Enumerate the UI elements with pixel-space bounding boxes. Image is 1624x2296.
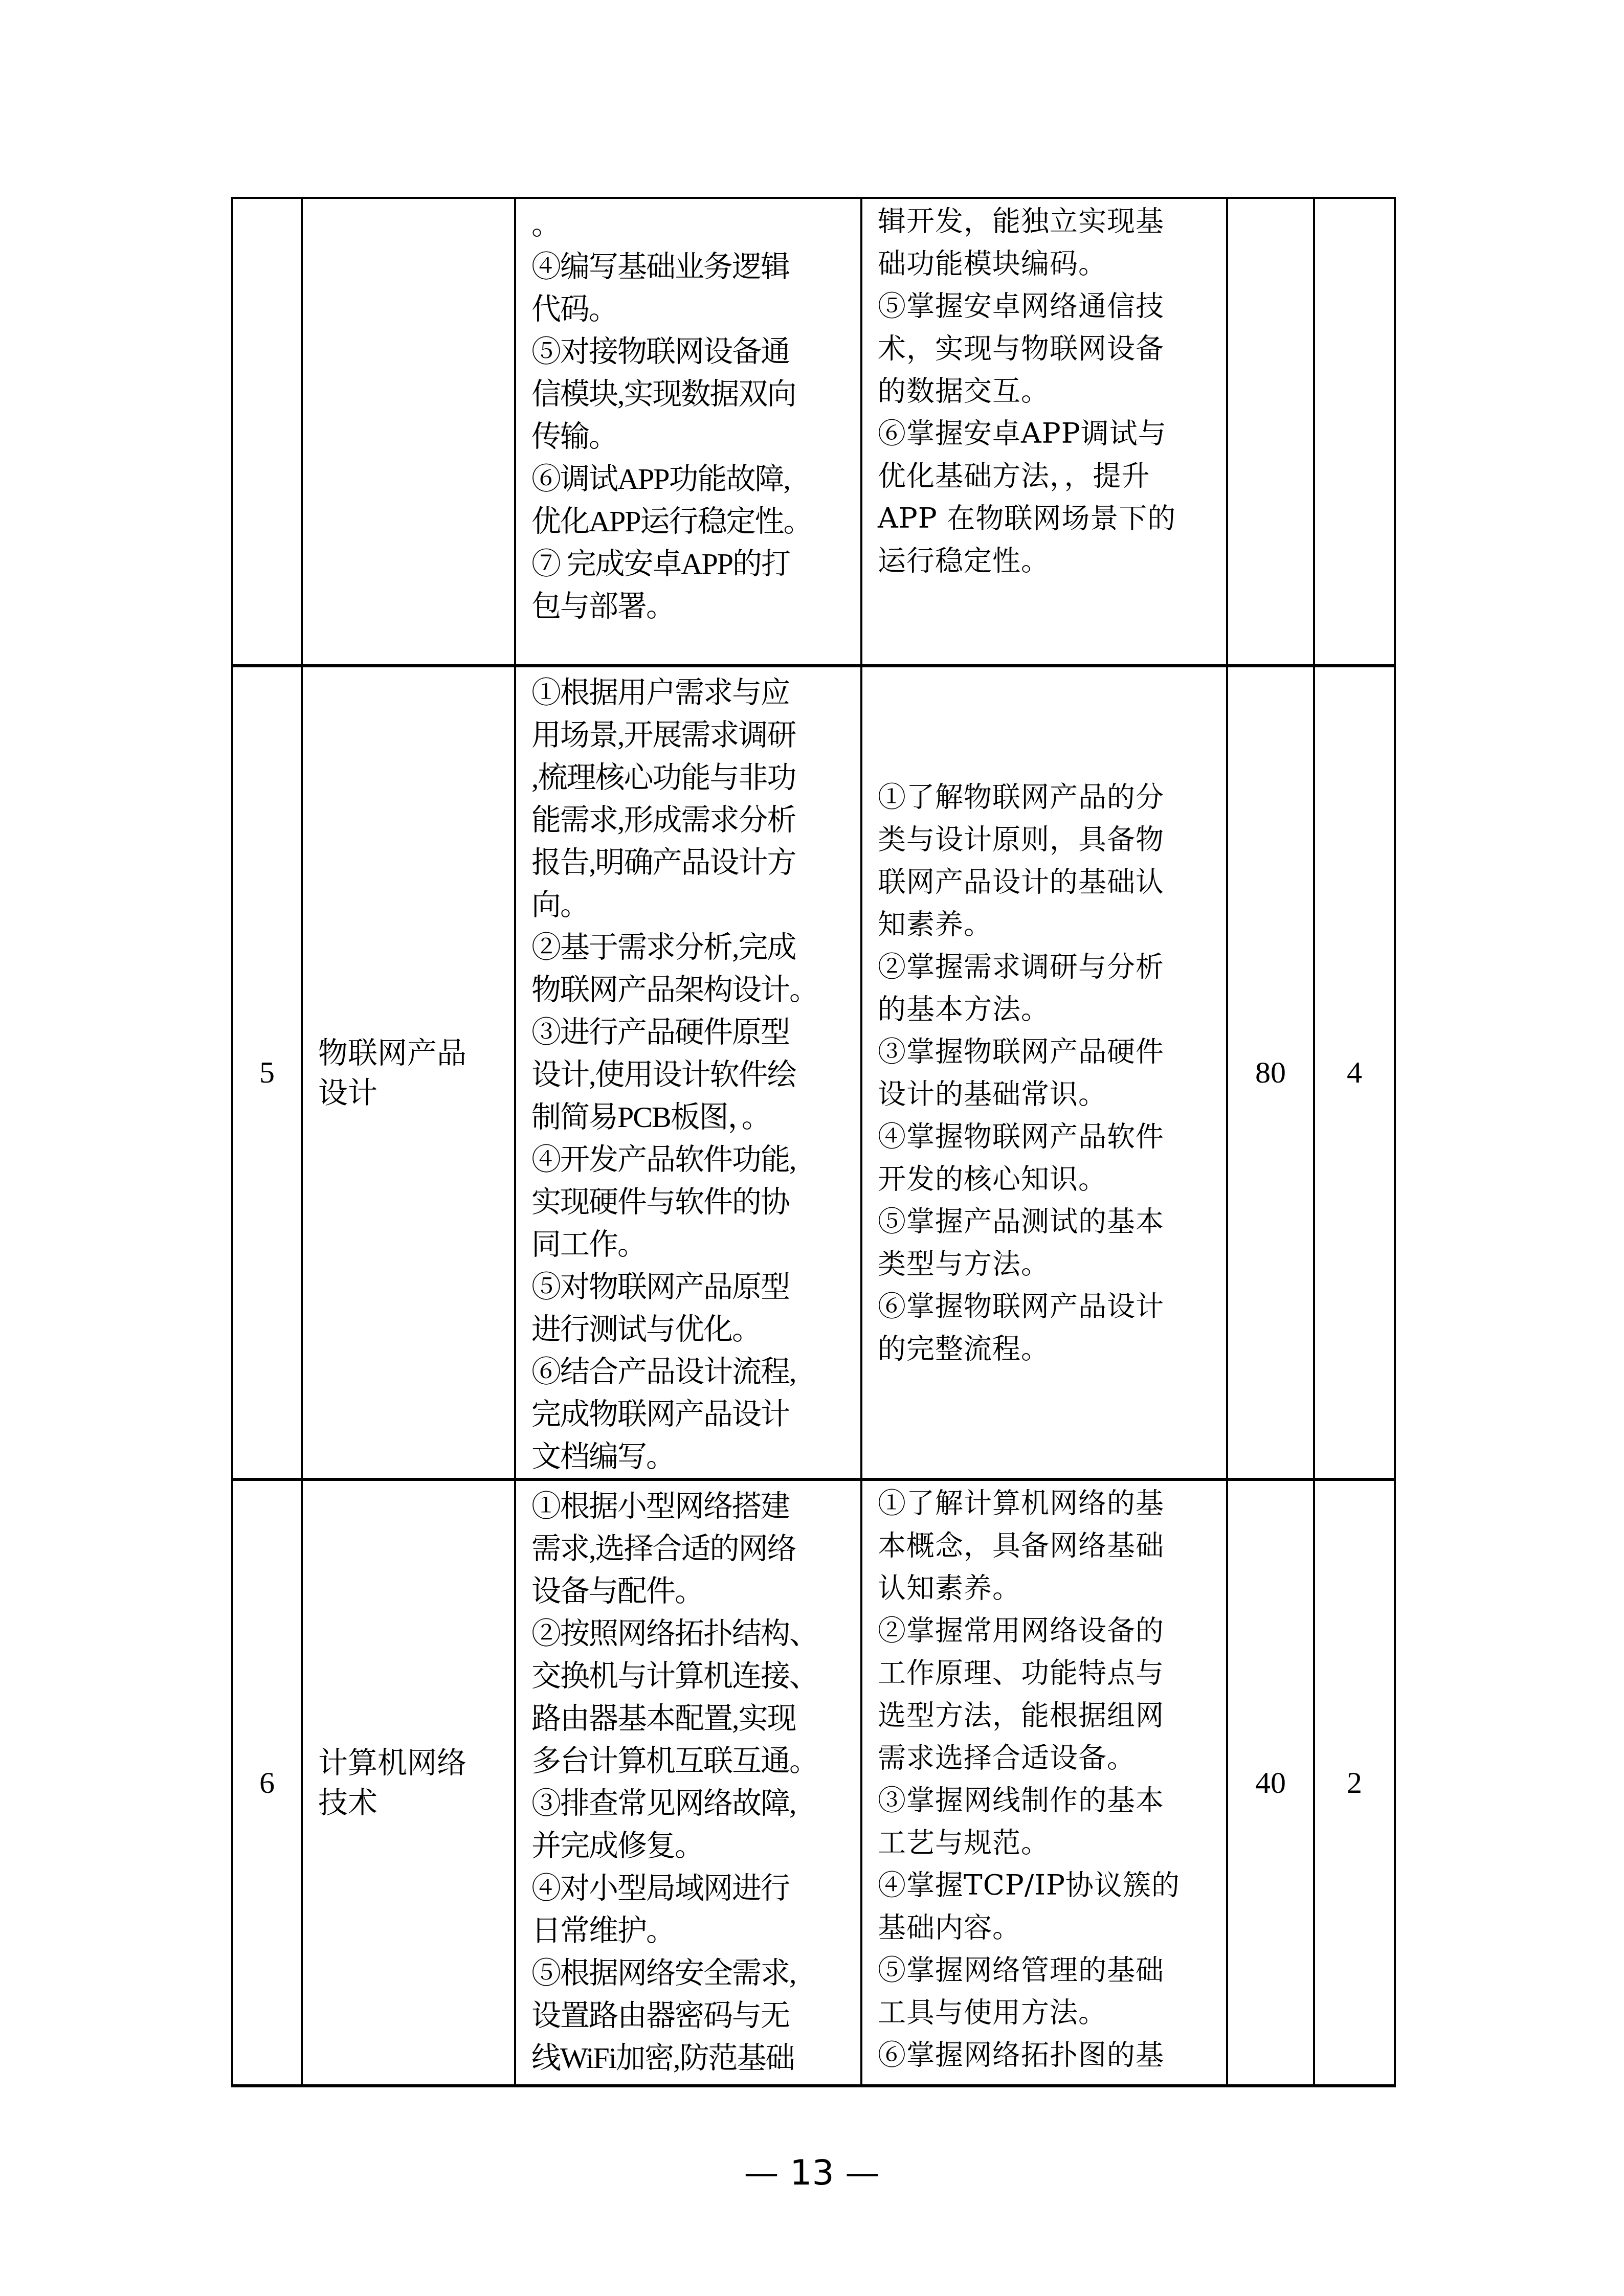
knowledge-line: ④掌握TCP/IP协议簇的 (878, 1864, 1216, 1906)
knowledge-line: 需求选择合适设备。 (878, 1737, 1216, 1779)
knowledge-line: 开发的核心知识。 (878, 1158, 1216, 1200)
task-line: 设置路由器密码与无 (531, 1994, 849, 2037)
course-name: 计算机网络 技术 (303, 1743, 514, 1822)
knowledge-requirements-text: ①了解物联网产品的分 类与设计原则，具备物 联网产品设计的基础认 知素养。 ②掌… (862, 776, 1226, 1370)
task-line: 日常维护。 (531, 1909, 849, 1952)
task-line: 完成物联网产品设计 (531, 1393, 849, 1435)
task-line: 用场景,开展需求调研 (531, 714, 849, 756)
task-line: ⑥结合产品设计流程, (531, 1350, 849, 1393)
knowledge-line: 的基本方法。 (878, 988, 1216, 1030)
course-number: 6 (259, 1766, 275, 1799)
task-line: 同工作。 (531, 1223, 849, 1266)
task-line: ④编写基础业务逻辑 (531, 245, 849, 288)
task-line: ①根据小型网络搭建 (531, 1485, 849, 1527)
knowledge-line: 的完整流程。 (878, 1327, 1216, 1370)
knowledge-line: 优化基础方法，，提升 (878, 455, 1216, 497)
knowledge-line: 基础内容。 (878, 1906, 1216, 1949)
task-line: ③进行产品硬件原型 (531, 1011, 849, 1053)
page-number: — 13 — (0, 2153, 1624, 2194)
credits-cell: 2 (1314, 1479, 1395, 2086)
task-line: ,梳理核心功能与非功 (531, 756, 849, 799)
task-line: 向。 (531, 884, 849, 926)
course-name-line: 物联网产品 (318, 1033, 504, 1073)
course-name-line: 技术 (318, 1783, 504, 1822)
task-line: ④开发产品软件功能, (531, 1138, 849, 1181)
knowledge-line: ①了解计算机网络的基 (878, 1482, 1216, 1524)
knowledge-line: ③掌握网线制作的基本 (878, 1779, 1216, 1821)
task-line: 交换机与计算机连接、 (531, 1655, 849, 1697)
credits-value: 4 (1347, 1055, 1362, 1089)
knowledge-line: 本概念，具备网络基础 (878, 1524, 1216, 1567)
typical-tasks-cell: ①根据小型网络搭建 需求,选择合适的网络 设备与配件。 ②按照网络拓扑结构、 交… (515, 1479, 861, 2086)
knowledge-line: 术，实现与物联网设备 (878, 327, 1216, 370)
task-line: ⑥调试APP功能故障, (531, 458, 849, 500)
knowledge-line: ⑤掌握安卓网络通信技 (878, 285, 1216, 327)
knowledge-line: 运行稳定性。 (878, 539, 1216, 582)
knowledge-line: ⑤掌握网络管理的基础 (878, 1949, 1216, 1991)
knowledge-line: ④掌握物联网产品软件 (878, 1115, 1216, 1158)
knowledge-line: 选型方法，能根据组网 (878, 1694, 1216, 1737)
course-number-cell: 6 (232, 1479, 302, 2086)
task-line: 传输。 (531, 415, 849, 458)
task-line: 进行测试与优化。 (531, 1308, 849, 1350)
knowledge-line: 类与设计原则，具备物 (878, 818, 1216, 861)
task-line: 文档编写。 (531, 1435, 849, 1478)
task-line: 需求,选择合适的网络 (531, 1527, 849, 1570)
typical-tasks-text: 。 ④编写基础业务逻辑 代码。 ⑤对接物联网设备通 信模块,实现数据双向 传输。… (516, 199, 860, 627)
knowledge-line: 辑开发，能独立实现基 (878, 200, 1216, 242)
task-line: ⑦ 完成安卓APP的打 (531, 543, 849, 585)
task-line: 路由器基本配置,实现 (531, 1697, 849, 1740)
task-line: 物联网产品架构设计。 (531, 969, 849, 1011)
task-line: 优化APP运行稳定性。 (531, 500, 849, 543)
knowledge-line: 类型与方法。 (878, 1243, 1216, 1285)
hours-cell: 40 (1227, 1479, 1314, 2086)
typical-tasks-text: ①根据小型网络搭建 需求,选择合适的网络 设备与配件。 ②按照网络拓扑结构、 交… (516, 1481, 860, 2079)
course-name-cell: 物联网产品 设计 (302, 666, 515, 1479)
knowledge-line: ⑥掌握安卓APP调试与 (878, 412, 1216, 455)
knowledge-line: 的数据交互。 (878, 370, 1216, 412)
table-row: 5 物联网产品 设计 ①根据用户需求与应 用场景,开展需求调研 ,梳理核心功能与… (232, 666, 1395, 1479)
hours-value: 80 (1255, 1055, 1286, 1089)
task-line: ③排查常见网络故障, (531, 1782, 849, 1825)
knowledge-line: 设计的基础常识。 (878, 1073, 1216, 1115)
typical-tasks-cell: 。 ④编写基础业务逻辑 代码。 ⑤对接物联网设备通 信模块,实现数据双向 传输。… (515, 198, 861, 666)
course-table: 。 ④编写基础业务逻辑 代码。 ⑤对接物联网设备通 信模块,实现数据双向 传输。… (231, 197, 1396, 2087)
task-line: 报告,明确产品设计方 (531, 841, 849, 884)
knowledge-line: 础功能模块编码。 (878, 242, 1216, 285)
task-line: ⑤根据网络安全需求, (531, 1952, 849, 1994)
knowledge-line: ②掌握需求调研与分析 (878, 946, 1216, 988)
course-name-line: 计算机网络 (318, 1743, 504, 1783)
course-number: 5 (259, 1055, 275, 1089)
task-line: 能需求,形成需求分析 (531, 799, 849, 841)
task-line: 。 (531, 203, 849, 245)
course-name-cell (302, 198, 515, 666)
hours-cell (1227, 198, 1314, 666)
task-line: ④对小型局域网进行 (531, 1867, 849, 1909)
course-name: 物联网产品 设计 (303, 1033, 514, 1113)
credits-cell: 4 (1314, 666, 1395, 1479)
task-line: 线WiFi加密,防范基础 (531, 2037, 849, 2079)
knowledge-line: ⑤掌握产品测试的基本 (878, 1200, 1216, 1243)
knowledge-requirements-cell: ①了解物联网产品的分 类与设计原则，具备物 联网产品设计的基础认 知素养。 ②掌… (861, 666, 1227, 1479)
knowledge-line: 工艺与规范。 (878, 1821, 1216, 1864)
task-line: 并完成修复。 (531, 1825, 849, 1867)
knowledge-line: 认知素养。 (878, 1567, 1216, 1609)
typical-tasks-cell: ①根据用户需求与应 用场景,开展需求调研 ,梳理核心功能与非功 能需求,形成需求… (515, 666, 861, 1479)
hours-cell: 80 (1227, 666, 1314, 1479)
credits-cell (1314, 198, 1395, 666)
task-line: ②基于需求分析,完成 (531, 926, 849, 969)
task-line: ⑤对物联网产品原型 (531, 1266, 849, 1308)
knowledge-line: 联网产品设计的基础认 (878, 861, 1216, 903)
task-line: 设计,使用设计软件绘 (531, 1053, 849, 1096)
task-line: ②按照网络拓扑结构、 (531, 1612, 849, 1655)
knowledge-line: ③掌握物联网产品硬件 (878, 1030, 1216, 1073)
knowledge-line: ②掌握常用网络设备的 (878, 1609, 1216, 1652)
table-row: 。 ④编写基础业务逻辑 代码。 ⑤对接物联网设备通 信模块,实现数据双向 传输。… (232, 198, 1395, 666)
knowledge-requirements-cell: 辑开发，能独立实现基 础功能模块编码。 ⑤掌握安卓网络通信技 术，实现与物联网设… (861, 198, 1227, 666)
task-line: 代码。 (531, 288, 849, 330)
task-line: 设备与配件。 (531, 1570, 849, 1612)
knowledge-line: ⑥掌握网络拓扑图的基 (878, 2034, 1216, 2076)
task-line: ①根据用户需求与应 (531, 671, 849, 714)
knowledge-requirements-text: ①了解计算机网络的基 本概念，具备网络基础 认知素养。 ②掌握常用网络设备的 工… (862, 1481, 1226, 2076)
credits-value: 2 (1347, 1766, 1362, 1799)
knowledge-line: 知素养。 (878, 903, 1216, 946)
knowledge-line: 工具与使用方法。 (878, 1991, 1216, 2034)
knowledge-requirements-cell: ①了解计算机网络的基 本概念，具备网络基础 认知素养。 ②掌握常用网络设备的 工… (861, 1479, 1227, 2086)
knowledge-requirements-text: 辑开发，能独立实现基 础功能模块编码。 ⑤掌握安卓网络通信技 术，实现与物联网设… (862, 199, 1226, 582)
task-line: 包与部署。 (531, 585, 849, 627)
course-name-cell: 计算机网络 技术 (302, 1479, 515, 2086)
knowledge-line: 工作原理、功能特点与 (878, 1652, 1216, 1694)
knowledge-line: APP 在物联网场景下的 (878, 497, 1216, 539)
task-line: 制简易PCB板图，。 (531, 1096, 849, 1138)
document-page: 。 ④编写基础业务逻辑 代码。 ⑤对接物联网设备通 信模块,实现数据双向 传输。… (0, 0, 1624, 2296)
task-line: 信模块,实现数据双向 (531, 373, 849, 415)
task-line: 实现硬件与软件的协 (531, 1181, 849, 1223)
course-number-cell (232, 198, 302, 666)
knowledge-line: ①了解物联网产品的分 (878, 776, 1216, 818)
task-line: 多台计算机互联互通。 (531, 1740, 849, 1782)
knowledge-line: ⑥掌握物联网产品设计 (878, 1285, 1216, 1327)
course-name-line: 设计 (318, 1073, 504, 1113)
course-number-cell: 5 (232, 666, 302, 1479)
hours-value: 40 (1255, 1766, 1286, 1799)
task-line: ⑤对接物联网设备通 (531, 330, 849, 373)
typical-tasks-text: ①根据用户需求与应 用场景,开展需求调研 ,梳理核心功能与非功 能需求,形成需求… (516, 667, 860, 1478)
table-row: 6 计算机网络 技术 ①根据小型网络搭建 需求,选择合适的网络 设备与配件。 ②… (232, 1479, 1395, 2086)
